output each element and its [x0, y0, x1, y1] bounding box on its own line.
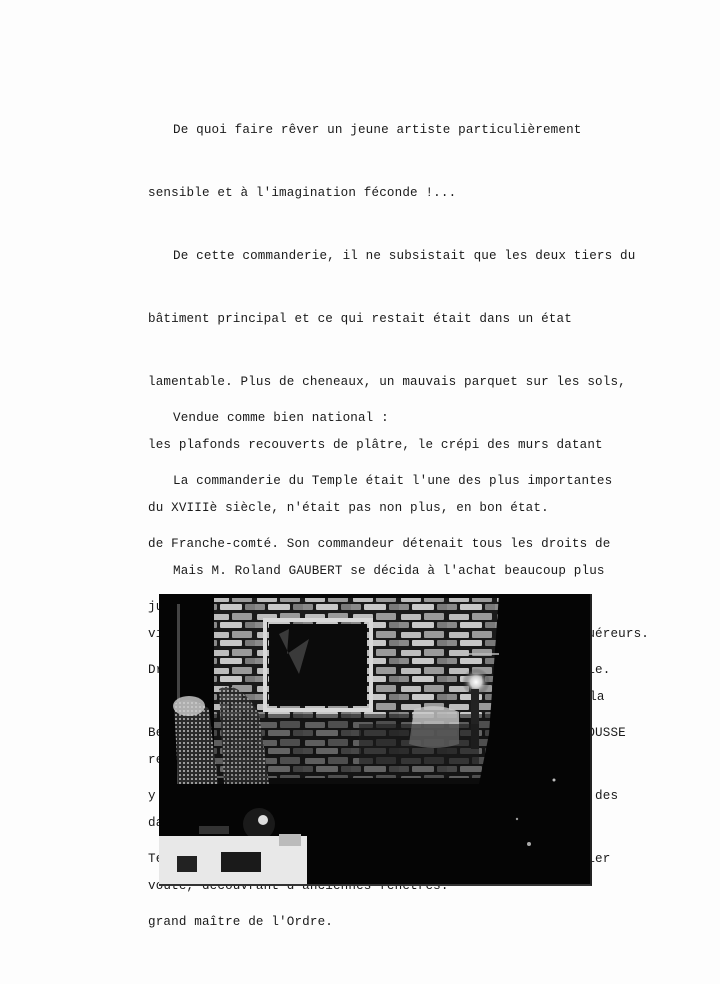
- text-line: La commanderie du Temple était l'une des…: [148, 471, 708, 492]
- text-line: de Franche-comté. Son commandeur détenai…: [148, 534, 708, 555]
- text-line: De quoi faire rêver un jeune artiste par…: [148, 120, 708, 141]
- photo-illustration: [159, 594, 590, 884]
- text-line: sensible et à l'imagination féconde !...: [148, 183, 708, 204]
- scanned-page: De quoi faire rêver un jeune artiste par…: [0, 0, 720, 984]
- interior-photo: [159, 594, 592, 886]
- text-line: grand maître de l'Ordre.: [148, 912, 708, 933]
- text-line: bâtiment principal et ce qui restait éta…: [148, 309, 708, 330]
- text-line: De cette commanderie, il ne subsistait q…: [148, 246, 708, 267]
- section-heading: Vendue comme bien national :: [148, 408, 708, 429]
